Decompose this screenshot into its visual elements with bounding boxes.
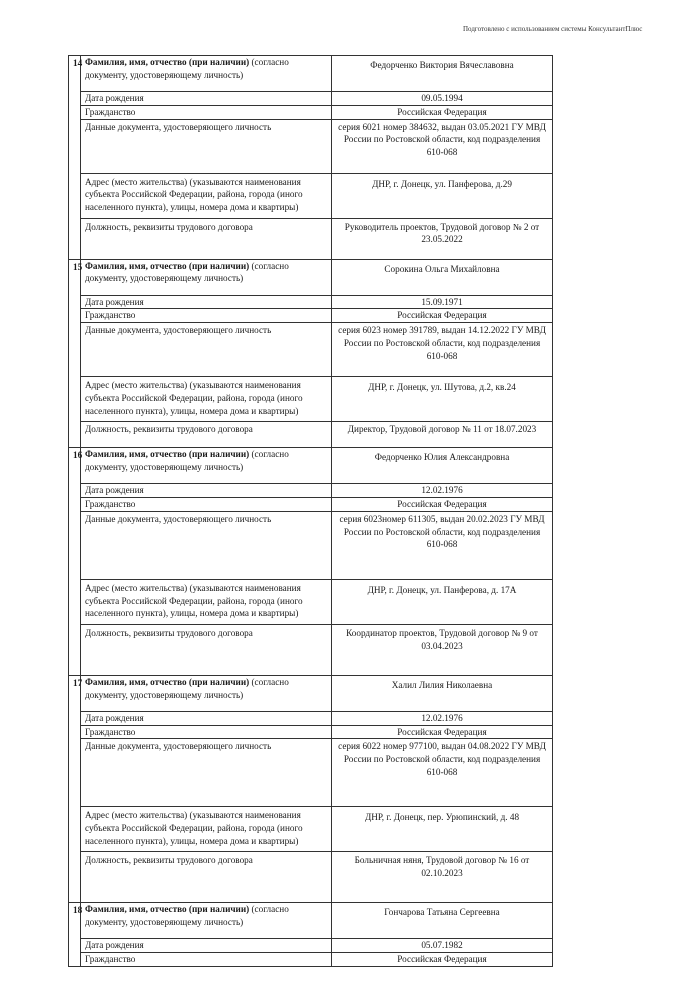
citizenship-value: Российская Федерация: [332, 105, 553, 119]
table-row: Данные документа, удостоверяющего личнос…: [69, 739, 553, 807]
address-value: ДНР, г. Донецк, ул. Панферова, д. 17А: [332, 579, 553, 624]
citizenship-label: Гражданство: [81, 497, 332, 511]
row-number: 14: [69, 56, 81, 260]
table-row: Дата рождения 05.07.1982: [69, 939, 553, 953]
birth-date-value: 09.05.1994: [332, 92, 553, 106]
address-value: ДНР, г. Донецк, ул. Панферова, д.29: [332, 173, 553, 218]
row-number: 16: [69, 448, 81, 676]
table-row: Гражданство Российская Федерация: [69, 725, 553, 739]
table-row: 16 Фамилия, имя, отчество (при наличии) …: [69, 448, 553, 484]
table-row: Данные документа, удостоверяющего личнос…: [69, 119, 553, 173]
address-label: Адрес (место жительства) (указываются на…: [81, 807, 332, 852]
table-row: 15 Фамилия, имя, отчество (при наличии) …: [69, 259, 553, 295]
birth-date-label: Дата рождения: [81, 295, 332, 309]
position-value: Директор, Трудовой договор № 11 от 18.07…: [332, 422, 553, 448]
row-number: 15: [69, 259, 81, 448]
table-row: Дата рождения 12.02.1976: [69, 484, 553, 498]
name-label: Фамилия, имя, отчество (при наличии) (со…: [81, 448, 332, 484]
name-label: Фамилия, имя, отчество (при наличии) (со…: [81, 675, 332, 711]
citizenship-label: Гражданство: [81, 953, 332, 967]
citizenship-label: Гражданство: [81, 309, 332, 323]
address-value: ДНР, г. Донецк, пер. Урюпинский, д. 48: [332, 807, 553, 852]
position-value: Руководитель проектов, Трудовой договор …: [332, 218, 553, 259]
table-row: Гражданство Российская Федерация: [69, 309, 553, 323]
table-row: 17 Фамилия, имя, отчество (при наличии) …: [69, 675, 553, 711]
id-document-value: серия 6021 номер 384632, выдан 03.05.202…: [332, 119, 553, 173]
birth-date-label: Дата рождения: [81, 92, 332, 106]
full-name-value: Федорченко Юлия Александровна: [332, 448, 553, 484]
full-name-value: Халил Лилия Николаевна: [332, 675, 553, 711]
address-label: Адрес (место жительства) (указываются на…: [81, 173, 332, 218]
table-row: Адрес (место жительства) (указываются на…: [69, 579, 553, 624]
id-document-label: Данные документа, удостоверяющего личнос…: [81, 323, 332, 377]
table-row: Данные документа, удостоверяющего личнос…: [69, 323, 553, 377]
name-label: Фамилия, имя, отчество (при наличии) (со…: [81, 259, 332, 295]
birth-date-value: 15.09.1971: [332, 295, 553, 309]
id-document-label: Данные документа, удостоверяющего личнос…: [81, 511, 332, 579]
full-name-value: Сорокина Ольга Михайловна: [332, 259, 553, 295]
birth-date-label: Дата рождения: [81, 484, 332, 498]
position-label: Должность, реквизиты трудового договора: [81, 422, 332, 448]
citizenship-value: Российская Федерация: [332, 309, 553, 323]
position-label: Должность, реквизиты трудового договора: [81, 852, 332, 903]
full-name-value: Федорченко Виктория Вячеславовна: [332, 56, 553, 92]
id-document-value: серия 6022 номер 977100, выдан 04.08.202…: [332, 739, 553, 807]
birth-date-value: 12.02.1976: [332, 484, 553, 498]
id-document-value: серия 6023номер 611305, выдан 20.02.2023…: [332, 511, 553, 579]
citizenship-value: Российская Федерация: [332, 497, 553, 511]
name-label: Фамилия, имя, отчество (при наличии) (со…: [81, 903, 332, 939]
table-row: Гражданство Российская Федерация: [69, 953, 553, 967]
table-row: Должность, реквизиты трудового договора …: [69, 852, 553, 903]
position-label: Должность, реквизиты трудового договора: [81, 218, 332, 259]
table-row: Данные документа, удостоверяющего личнос…: [69, 511, 553, 579]
name-label: Фамилия, имя, отчество (при наличии) (со…: [81, 56, 332, 92]
consultant-plus-note: Подготовлено с использованием системы Ко…: [463, 25, 642, 33]
birth-date-value: 05.07.1982: [332, 939, 553, 953]
citizenship-label: Гражданство: [81, 105, 332, 119]
birth-date-label: Дата рождения: [81, 711, 332, 725]
id-document-value: серия 6023 номер 391789, выдан 14.12.202…: [332, 323, 553, 377]
table-row: 18 Фамилия, имя, отчество (при наличии) …: [69, 903, 553, 939]
id-document-label: Данные документа, удостоверяющего личнос…: [81, 739, 332, 807]
table-row: Дата рождения 12.02.1976: [69, 711, 553, 725]
table-row: Адрес (место жительства) (указываются на…: [69, 807, 553, 852]
full-name-value: Гончарова Татьяна Сергеевна: [332, 903, 553, 939]
table-row: Адрес (место жительства) (указываются на…: [69, 377, 553, 422]
id-document-label: Данные документа, удостоверяющего личнос…: [81, 119, 332, 173]
table-row: Должность, реквизиты трудового договора …: [69, 422, 553, 448]
citizenship-value: Российская Федерация: [332, 953, 553, 967]
table-row: 14 Фамилия, имя, отчество (при наличии) …: [69, 56, 553, 92]
birth-date-label: Дата рождения: [81, 939, 332, 953]
persons-table: 14 Фамилия, имя, отчество (при наличии) …: [68, 55, 553, 967]
table-row: Дата рождения 09.05.1994: [69, 92, 553, 106]
position-value: Координатор проектов, Трудовой договор №…: [332, 624, 553, 675]
table-row: Адрес (место жительства) (указываются на…: [69, 173, 553, 218]
table-row: Гражданство Российская Федерация: [69, 497, 553, 511]
address-label: Адрес (место жительства) (указываются на…: [81, 377, 332, 422]
position-value: Больничная няня, Трудовой договор № 16 о…: [332, 852, 553, 903]
table-row: Гражданство Российская Федерация: [69, 105, 553, 119]
table-row: Должность, реквизиты трудового договора …: [69, 624, 553, 675]
citizenship-value: Российская Федерация: [332, 725, 553, 739]
row-number: 17: [69, 675, 81, 903]
table-row: Дата рождения 15.09.1971: [69, 295, 553, 309]
address-value: ДНР, г. Донецк, ул. Шутова, д.2, кв.24: [332, 377, 553, 422]
address-label: Адрес (место жительства) (указываются на…: [81, 579, 332, 624]
table-row: Должность, реквизиты трудового договора …: [69, 218, 553, 259]
birth-date-value: 12.02.1976: [332, 711, 553, 725]
position-label: Должность, реквизиты трудового договора: [81, 624, 332, 675]
row-number: 18: [69, 903, 81, 967]
citizenship-label: Гражданство: [81, 725, 332, 739]
